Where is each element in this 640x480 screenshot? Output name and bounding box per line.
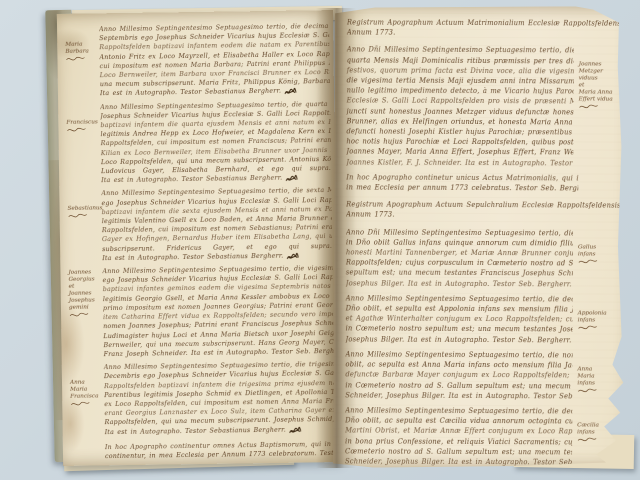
margin-note-column: Franciscus [66,103,101,186]
flourish-icon [579,104,599,110]
margin-note-column: Maria Barbara [65,25,100,99]
register-record: Anno Millesimo Septingentesimo Septuages… [346,293,622,345]
margin-note-label: Franciscus [66,103,100,126]
margin-note-label: Anna Maria infans [577,350,621,387]
handwritten-line: Joannes Kistler, F. J. Schneider. Ita es… [346,157,573,169]
margin-note-label: Sebastianus [67,190,101,213]
record-text: Anno Millesimo Septingentesimo Septuages… [104,360,335,437]
register-record: Anno Dñi Millesimo Septingentesimo Septu… [346,45,623,169]
flourish-icon [577,436,597,442]
margin-note-column: Sebastianus [67,190,102,264]
flourish-icon [65,56,85,62]
record-text: Anno Millesimo Septingentesimo Septuages… [100,100,331,186]
margin-note-column: Joannes Georgius et Joannes Josephus gem… [68,267,103,359]
handwritten-line: Franz Joseph Schneider. Ita est in Autog… [104,347,334,360]
open-register-book: Maria BarbaraAnno Millesimo Septingentes… [44,4,628,472]
left-page: Maria BarbaraAnno Millesimo Septingentes… [57,10,339,466]
margin-note-column: Appolonia infans [573,294,622,345]
handwritten-line: continentur, in mea Ecclesia per Annum 1… [105,449,335,462]
register-title-line: Annum 1773. [346,210,622,222]
ink-flourish-icon [289,425,302,434]
margin-note-column: Joannes Metzger viduus et Maria Anna Eff… [573,46,623,169]
flourish-icon [69,312,89,318]
record-text: Anno Dñi Millesimo Septingentesimo Septu… [346,45,574,168]
right-page-content: Registrum Apographum Actuum Matrimoniali… [333,5,629,468]
register-record: Anno Millesimo Septingentesimo Septuages… [345,349,621,401]
margin-note-column: Gallus infans [573,228,622,289]
margin-note-column: Anna Maria infans [572,350,621,401]
record-text: Anno Dñi Millesimo Septingentesimo Septu… [346,227,573,289]
flourish-icon [578,258,598,264]
ink-flourish-icon [284,87,297,96]
margin-note-label: Anna Maria Francisca [70,363,105,400]
register-record: Anno Dñi Millesimo Septingentesimo Septu… [346,227,622,289]
record-text: Anno Millesimo Septingentesimo Septuages… [345,405,572,467]
record-text: Anno Millesimo Septingentesimo Septuages… [345,349,572,401]
baptism-record: FranciscusAnno Millesimo Septingentesimo… [66,100,331,187]
register-record: Anno Millesimo Septingentesimo Septuages… [345,405,621,467]
baptism-record: SebastianusAnno Millesimo Septingentesim… [67,187,332,264]
handwritten-line: Ita est in Autographo. Testor Sebastianu… [101,173,331,186]
record-text: Anno Millesimo Septingentesimo Septuages… [346,293,573,345]
flourish-icon [66,126,86,132]
register-section-title: Registrum Apographum Actuum Matrimoniali… [347,17,623,39]
year-attestation: In hoc Apographo continentur omnes Actus… [105,440,335,462]
margin-note-label: Gallus infans [578,228,622,258]
flourish-icon [577,387,597,393]
baptism-record: Maria BarbaraAnno Millesimo Septingentes… [65,22,330,99]
ink-flourish-icon [286,252,299,261]
margin-note-column: Anna Maria Francisca [70,363,105,437]
flourish-icon [578,324,598,330]
margin-note-label: Cæcilia infans [577,406,621,436]
record-text: Anno Millesimo Septingentesimo Septuages… [99,22,330,99]
handwritten-line: Schneider, Josephus Bilger. Ita est in A… [345,390,572,402]
flourish-icon [70,401,90,407]
handwritten-line: Ita est in Autographo. Testor Sebastianu… [100,86,330,99]
left-page-content: Maria BarbaraAnno Millesimo Septingentes… [57,10,339,466]
right-page: Registrum Apographum Actuum Matrimoniali… [333,5,629,468]
ink-flourish-icon [285,174,298,183]
record-text: Anno Millesimo Septingentesimo Septuages… [102,264,333,359]
margin-note-label: Appolonia infans [578,294,622,324]
handwritten-line: in mea Ecclesia per annum 1773 celebratu… [346,182,578,194]
margin-note-label: Joannes Metzger viduus et Maria Anna Eff… [579,46,623,104]
handwritten-line: Josephus Bilger. Ita est in Autographo. … [346,278,573,290]
manuscript-photo: Maria BarbaraAnno Millesimo Septingentes… [0,0,640,480]
handwritten-line: Ita est in Autographo. Testor Sebastianu… [102,251,332,264]
baptism-record: Anna Maria FranciscaAnno Millesimo Septi… [70,360,335,437]
record-text: Anno Millesimo Septingentesimo Septuages… [101,187,332,264]
handwritten-line: Josephus Bilger. Ita est in Autographo. … [346,334,573,346]
register-section-title: Registrum Apographum Actuum Sepulchraliu… [346,200,622,222]
year-attestation: In hoc Apographo continetur unicus Actus… [346,172,578,193]
margin-note-label: Maria Barbara [65,25,99,55]
baptism-record: Joannes Georgius et Joannes Josephus gem… [68,264,333,360]
margin-note-label: Joannes Georgius et Joannes Josephus gem… [68,267,103,311]
register-title-line: Annum 1773. [347,27,623,39]
flourish-icon [68,213,88,219]
